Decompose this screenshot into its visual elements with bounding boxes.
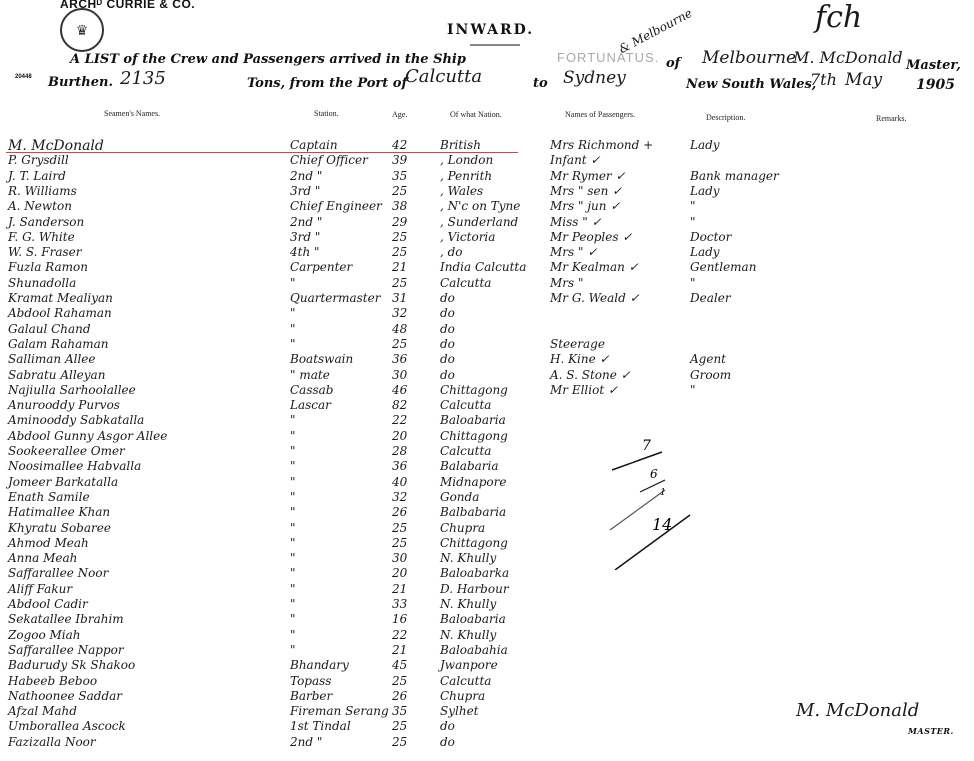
- from-port: Calcutta: [405, 66, 482, 87]
- date-day: 7th: [810, 70, 837, 89]
- station: ": [290, 459, 296, 473]
- nation: , do: [440, 245, 463, 259]
- nation: do: [440, 291, 455, 305]
- seaman-name: Abdool Gunny Asgor Allee: [8, 429, 167, 443]
- age: 26: [392, 689, 407, 703]
- nation: do: [440, 719, 455, 733]
- station: ": [290, 505, 296, 519]
- station: ": [290, 536, 296, 550]
- seaman-name: Badurudy Sk Shakoo: [8, 658, 135, 672]
- date-month: May: [845, 70, 882, 90]
- age: 25: [392, 184, 407, 198]
- nation: Baloabarka: [440, 566, 509, 580]
- nation: do: [440, 352, 455, 366]
- age: 42: [392, 138, 407, 152]
- burthen-label: Burthen.: [48, 75, 113, 90]
- nation: Baloabaria: [440, 612, 506, 626]
- age: 25: [392, 735, 407, 749]
- ship-name: FORTUNATUS.: [557, 50, 659, 65]
- seaman-name: Aliff Fakur: [8, 582, 72, 596]
- passenger-description: Lady: [690, 245, 720, 259]
- station: ": [290, 276, 296, 290]
- age: 30: [392, 368, 407, 382]
- seaman-name: Shunadolla: [8, 276, 76, 290]
- master-name: M. McDonald: [793, 48, 903, 67]
- to-label: to: [533, 76, 548, 91]
- age: 30: [392, 551, 407, 565]
- nation: , Victoria: [440, 230, 495, 244]
- age: 16: [392, 612, 407, 626]
- passenger-description: Groom: [690, 368, 731, 382]
- age: 21: [392, 582, 407, 596]
- age: 35: [392, 704, 407, 718]
- of-label: of: [666, 56, 680, 71]
- passenger-name: Mrs ": [550, 276, 584, 290]
- age: 25: [392, 230, 407, 244]
- station: Bhandary: [290, 658, 349, 672]
- passenger-description: Lady: [690, 184, 720, 198]
- seaman-name: R. Williams: [8, 184, 77, 198]
- seaman-name: Galaul Chand: [8, 322, 91, 336]
- nation: Chupra: [440, 521, 485, 535]
- station: Quartermaster: [290, 291, 380, 305]
- tally-number: 14: [652, 515, 672, 534]
- passenger-name: H. Kine ✓: [550, 352, 610, 366]
- nation: Baloabahia: [440, 643, 508, 657]
- nation: , Penrith: [440, 169, 492, 183]
- station: Lascar: [290, 398, 331, 412]
- passenger-description: ": [690, 199, 696, 213]
- to-port: Sydney: [563, 68, 626, 88]
- official-initials: fch: [815, 0, 862, 35]
- station: ": [290, 475, 296, 489]
- tally-marks: 7 6 1 14: [600, 430, 700, 570]
- age: 21: [392, 260, 407, 274]
- station: ": [290, 628, 296, 642]
- age: 25: [392, 536, 407, 550]
- station: ": [290, 566, 296, 580]
- age: 45: [392, 658, 407, 672]
- seaman-name: Aminooddy Sabkatalla: [8, 413, 144, 427]
- station: Chief Officer: [290, 153, 368, 167]
- nation: Calcutta: [440, 276, 491, 290]
- burthen-value: 2135: [120, 68, 166, 89]
- age: 25: [392, 521, 407, 535]
- seaman-name: Enath Samile: [8, 490, 90, 504]
- of-port: Melbourne: [702, 48, 796, 68]
- nation: British: [440, 138, 481, 152]
- shipping-master-stamp: ♛: [60, 8, 104, 52]
- seaman-name: Sookeerallee Omer: [8, 444, 125, 458]
- nation: Calcutta: [440, 398, 491, 412]
- age: 36: [392, 459, 407, 473]
- col-nation: Of what Nation.: [450, 110, 502, 119]
- seaman-name: Najiulla Sarhoolallee: [8, 383, 136, 397]
- nation: India Calcutta: [440, 260, 526, 274]
- seaman-name: Fazizalla Noor: [8, 735, 96, 749]
- age: 32: [392, 490, 407, 504]
- station: Carpenter: [290, 260, 352, 274]
- nation: Balbabaria: [440, 505, 506, 519]
- age: 39: [392, 153, 407, 167]
- passenger-name: A. S. Stone ✓: [550, 368, 631, 382]
- seaman-name: Jomeer Barkatalla: [8, 475, 118, 489]
- nation: Gonda: [440, 490, 479, 504]
- nation: N. Khully: [440, 551, 496, 565]
- age: 46: [392, 383, 407, 397]
- seaman-name: Kramat Mealiyan: [8, 291, 113, 305]
- station: ": [290, 582, 296, 596]
- nation: , Sunderland: [440, 215, 518, 229]
- seaman-name: J. Sanderson: [8, 215, 84, 229]
- passenger-name: Mrs " jun ✓: [550, 199, 620, 213]
- seaman-name: J. T. Laird: [8, 169, 66, 183]
- document-title: INWARD.: [447, 22, 534, 38]
- tally-number: 1: [660, 488, 666, 498]
- passenger-name: Steerage: [550, 337, 605, 351]
- tons-label: Tons, from the Port of: [247, 76, 407, 91]
- col-description: Description.: [706, 113, 745, 122]
- nation: N. Khully: [440, 628, 496, 642]
- age: 25: [392, 719, 407, 733]
- age: 35: [392, 169, 407, 183]
- passenger-name: Mr G. Weald ✓: [550, 291, 640, 305]
- nation: do: [440, 368, 455, 382]
- nation: Baloabaria: [440, 413, 506, 427]
- seaman-name: P. Grysdill: [8, 153, 69, 167]
- station: 2nd ": [290, 169, 322, 183]
- station: ": [290, 337, 296, 351]
- seaman-name: Hatimallee Khan: [8, 505, 110, 519]
- master-signature: M. McDonald: [796, 700, 919, 721]
- tally-number: 7: [642, 438, 651, 454]
- intro-text: A LIST of the Crew and Passengers arrive…: [70, 52, 466, 67]
- master-footer-label: MASTER.: [908, 726, 954, 736]
- nation: , Wales: [440, 184, 483, 198]
- nation: Calcutta: [440, 444, 491, 458]
- nation: Chittagong: [440, 429, 508, 443]
- station: ": [290, 551, 296, 565]
- passenger-name: Mr Elliot ✓: [550, 383, 618, 397]
- passenger-description: ": [690, 276, 696, 290]
- station: 1st Tindal: [290, 719, 351, 733]
- station: Chief Engineer: [290, 199, 382, 213]
- master-label: Master,: [906, 58, 961, 73]
- station: " mate: [290, 368, 330, 382]
- station: ": [290, 597, 296, 611]
- nation: D. Harbour: [440, 582, 509, 596]
- station: 4th ": [290, 245, 320, 259]
- seaman-name: Saffarallee Noor: [8, 566, 108, 580]
- nation: , London: [440, 153, 493, 167]
- seaman-name: F. G. White: [8, 230, 75, 244]
- age: 28: [392, 444, 407, 458]
- age: 38: [392, 199, 407, 213]
- nation: N. Khully: [440, 597, 496, 611]
- seaman-name: Sabratu Alleyan: [8, 368, 105, 382]
- station: ": [290, 521, 296, 535]
- seaman-name: A. Newton: [8, 199, 72, 213]
- passenger-name: Mrs Richmond +: [550, 138, 653, 152]
- station: ": [290, 413, 296, 427]
- seaman-name: Fuzla Ramon: [8, 260, 88, 274]
- year: 1905: [916, 77, 955, 93]
- station: 3rd ": [290, 230, 320, 244]
- tally-number: 6: [650, 467, 658, 481]
- passenger-name: Mrs " sen ✓: [550, 184, 622, 198]
- age: 21: [392, 643, 407, 657]
- nation: Balabaria: [440, 459, 499, 473]
- seaman-name: Zogoo Miah: [8, 628, 81, 642]
- station: Cassab: [290, 383, 334, 397]
- station: ": [290, 490, 296, 504]
- station: Fireman Serang: [290, 704, 389, 718]
- col-passengers: Names of Passengers.: [565, 110, 635, 119]
- seaman-name: M. McDonald: [8, 138, 104, 154]
- seaman-name: Saffarallee Nappor: [8, 643, 124, 657]
- age: 20: [392, 429, 407, 443]
- passenger-description: Gentleman: [690, 260, 756, 274]
- age: 33: [392, 597, 407, 611]
- age: 40: [392, 475, 407, 489]
- nation: Jwanpore: [440, 658, 498, 672]
- nation: do: [440, 337, 455, 351]
- seaman-name: Habeeb Beboo: [8, 674, 97, 688]
- seaman-name: Anna Meah: [8, 551, 77, 565]
- passenger-name: Mr Rymer ✓: [550, 169, 626, 183]
- age: 36: [392, 352, 407, 366]
- station: Captain: [290, 138, 338, 152]
- nation: , N'c on Tyne: [440, 199, 520, 213]
- station: ": [290, 322, 296, 336]
- passenger-name: Mr Kealman ✓: [550, 260, 639, 274]
- age: 25: [392, 337, 407, 351]
- col-age: Age.: [392, 110, 407, 119]
- nation: Chupra: [440, 689, 485, 703]
- age: 29: [392, 215, 407, 229]
- form-ref-number: 20448: [15, 74, 32, 80]
- col-seamen-names: Seamen's Names.: [104, 109, 160, 118]
- passenger-description: Doctor: [690, 230, 731, 244]
- passenger-description: ": [690, 383, 696, 397]
- seaman-name: W. S. Fraser: [8, 245, 82, 259]
- seaman-name: Umborallea Ascock: [8, 719, 126, 733]
- passenger-description: Bank manager: [690, 169, 779, 183]
- nation: do: [440, 322, 455, 336]
- state-label: New South Wales,: [686, 77, 816, 92]
- age: 22: [392, 413, 407, 427]
- seaman-name: Anurooddy Purvos: [8, 398, 120, 412]
- seaman-name: Salliman Allee: [8, 352, 96, 366]
- station: ": [290, 643, 296, 657]
- station: 2nd ": [290, 215, 322, 229]
- age: 22: [392, 628, 407, 642]
- passenger-description: Agent: [690, 352, 726, 366]
- seaman-name: Nathoonee Saddar: [8, 689, 122, 703]
- station: ": [290, 612, 296, 626]
- age: 32: [392, 306, 407, 320]
- passenger-name: Mrs " ✓: [550, 245, 597, 259]
- age: 31: [392, 291, 407, 305]
- col-station: Station.: [314, 109, 339, 118]
- station: Boatswain: [290, 352, 353, 366]
- passenger-description: Dealer: [690, 291, 731, 305]
- via-port: & Melbourne: [616, 6, 694, 56]
- crown-icon: ♛: [76, 22, 89, 39]
- nation: do: [440, 735, 455, 749]
- nation: Midnapore: [440, 475, 506, 489]
- age: 25: [392, 245, 407, 259]
- seaman-name: Afzal Mahd: [8, 704, 77, 718]
- passenger-name: Infant ✓: [550, 153, 600, 167]
- station: 3rd ": [290, 184, 320, 198]
- age: 25: [392, 674, 407, 688]
- age: 82: [392, 398, 407, 412]
- age: 20: [392, 566, 407, 580]
- title-rule: [470, 44, 520, 46]
- seaman-name: Sekatallee Ibrahim: [8, 612, 124, 626]
- station: ": [290, 306, 296, 320]
- station: ": [290, 429, 296, 443]
- nation: Sylhet: [440, 704, 479, 718]
- nation: Chittagong: [440, 383, 508, 397]
- seaman-name: Galam Rahaman: [8, 337, 109, 351]
- passenger-name: Mr Peoples ✓: [550, 230, 632, 244]
- table-row: Fazizalla Noor2nd "25do: [0, 735, 974, 752]
- seaman-name: Abdool Cadir: [8, 597, 88, 611]
- station: 2nd ": [290, 735, 322, 749]
- seaman-name: Ahmod Meah: [8, 536, 89, 550]
- station: Topass: [290, 674, 331, 688]
- station: ": [290, 444, 296, 458]
- seaman-name: Abdool Rahaman: [8, 306, 112, 320]
- nation: Calcutta: [440, 674, 491, 688]
- passenger-name: Miss " ✓: [550, 215, 602, 229]
- passenger-description: ": [690, 215, 696, 229]
- seaman-name: Khyratu Sobaree: [8, 521, 111, 535]
- station: Barber: [290, 689, 332, 703]
- passenger-description: Lady: [690, 138, 720, 152]
- nation: Chittagong: [440, 536, 508, 550]
- nation: do: [440, 306, 455, 320]
- age: 48: [392, 322, 407, 336]
- seaman-name: Noosimallee Habvalla: [8, 459, 141, 473]
- age: 26: [392, 505, 407, 519]
- col-remarks: Remarks.: [876, 114, 906, 123]
- age: 25: [392, 276, 407, 290]
